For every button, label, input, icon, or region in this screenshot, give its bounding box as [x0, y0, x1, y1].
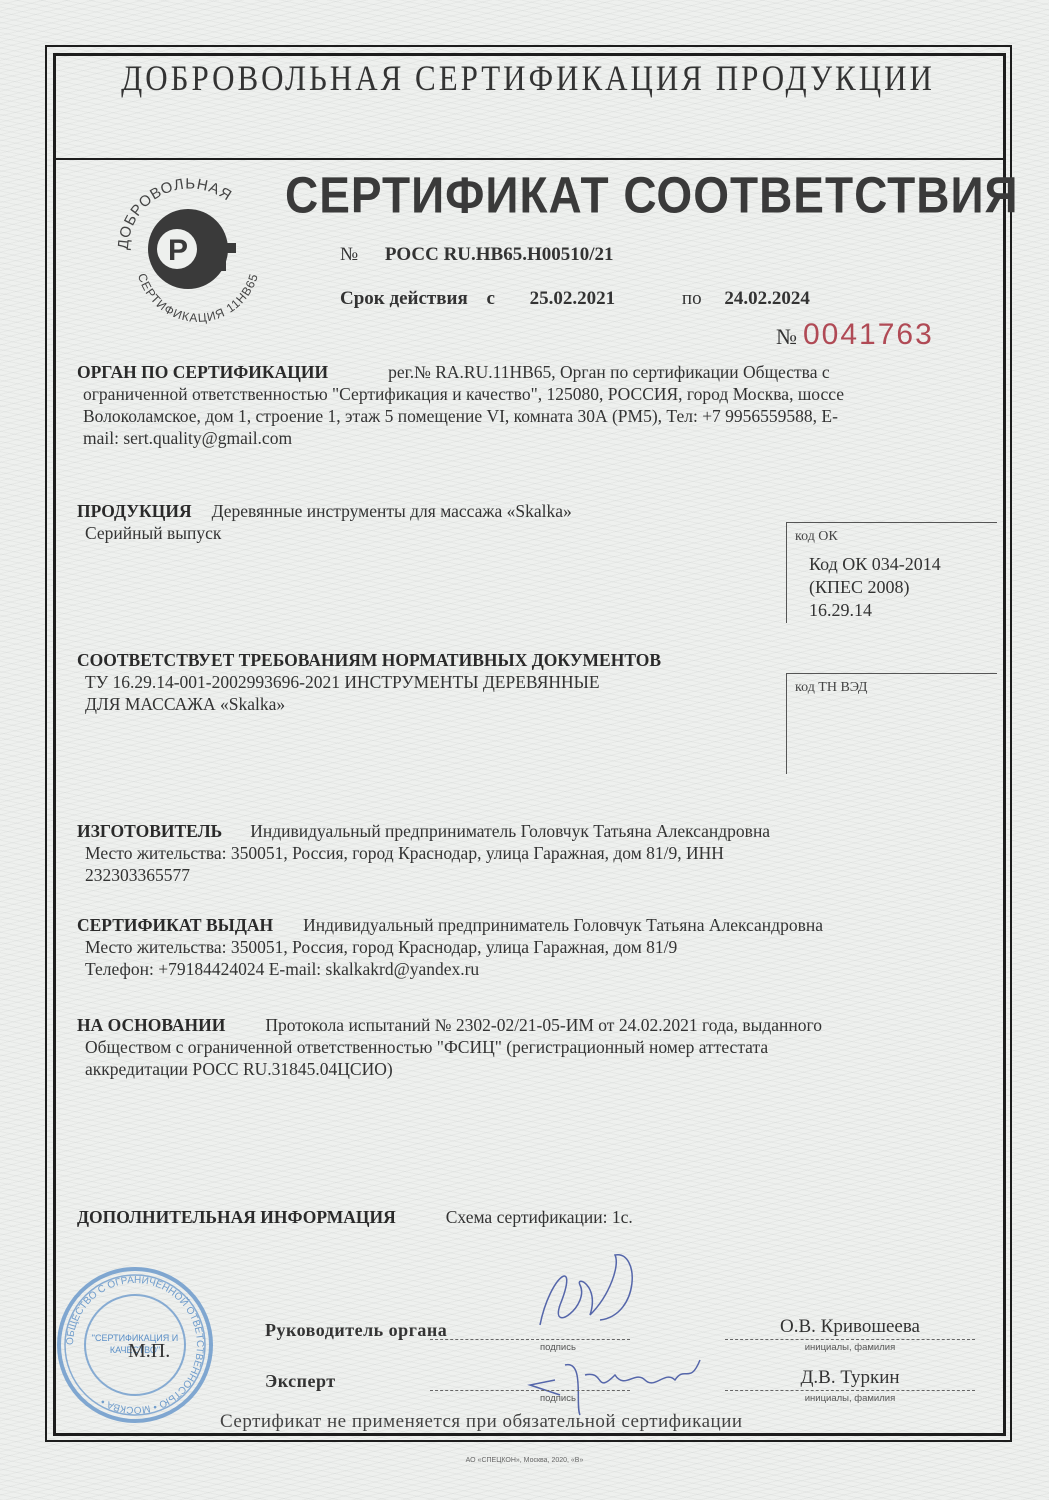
expert-signature-line	[430, 1390, 630, 1391]
expert-role: Эксперт	[265, 1371, 336, 1392]
head-of-body-role: Руководитель органа	[265, 1320, 447, 1341]
manufacturer-inn: 232303365577	[85, 864, 977, 886]
serial-number-row: №0041763	[776, 318, 934, 352]
validity-from-label: с	[486, 288, 494, 310]
ok-code-caption: код ОК	[795, 529, 997, 545]
product-name: Деревянные инструменты для массажа «Skal…	[212, 501, 572, 521]
tn-ved-code-caption: код ТН ВЭД	[795, 680, 997, 696]
basis-issuer: Обществом с ограниченной ответственность…	[85, 1036, 1007, 1058]
printer-imprint: АО «СПЕЦКОН», Москва, 2020, «В»	[0, 1457, 1049, 1464]
certification-body-line: Волоколамское, дом 1, строение 1, этаж 5…	[83, 405, 957, 427]
certification-body-first-line: рег.№ RA.RU.11НВ65, Орган по сертификаци…	[388, 362, 830, 382]
expert-name-caption: инициалы, фамилия	[730, 1393, 970, 1404]
validity-from-date: 25.02.2021	[530, 288, 616, 310]
issued-to-label: СЕРТИФИКАТ ВЫДАН	[77, 915, 273, 935]
head-of-body-name: О.В. Кривошеева	[730, 1316, 970, 1338]
validity-label: Срок действия	[340, 288, 468, 310]
voluntary-certification-heading: ДОБРОВОЛЬНАЯ СЕРТИФИКАЦИЯ ПРОДУКЦИИ	[56, 58, 1000, 99]
registration-number-row: № РОСС RU.НВ65.Н00510/21	[340, 244, 614, 266]
ok-code-value: Код ОК 034-2014	[809, 553, 997, 576]
basis-accreditation: аккредитации РОСС RU.31845.04ЦСИО)	[85, 1058, 1007, 1080]
manufacturer-name: Индивидуальный предприниматель Головчук …	[250, 821, 770, 841]
ok-code-box: код ОК Код ОК 034-2014 (КПЕС 2008) 16.29…	[786, 522, 997, 623]
head-name-caption: инициалы, фамилия	[730, 1342, 970, 1353]
basis-section: НА ОСНОВАНИИПротокола испытаний № 2302-0…	[77, 1014, 1007, 1080]
issued-to-section: СЕРТИФИКАТ ВЫДАНИндивидуальный предприни…	[77, 914, 1007, 980]
tn-ved-code-box: код ТН ВЭД	[786, 673, 997, 774]
serial-number: 0041763	[803, 318, 934, 351]
conformity-standard: ДЛЯ МАССАЖА «Skalka»	[85, 693, 797, 715]
head-signature-scribble	[520, 1245, 660, 1345]
conformity-label: СООТВЕТСТВУЕТ ТРЕБОВАНИЯМ НОРМАТИВНЫХ ДО…	[77, 650, 797, 671]
expert-name: Д.В. Туркин	[730, 1367, 970, 1389]
head-name-line	[725, 1339, 975, 1340]
manufacturer-section: ИЗГОТОВИТЕЛЬИндивидуальный предпринимате…	[77, 820, 977, 886]
svg-text:Р: Р	[168, 234, 188, 267]
validity-to-label: по	[682, 288, 702, 310]
expert-name-line	[725, 1390, 975, 1391]
product-label: ПРОДУКЦИЯ	[77, 501, 192, 521]
issued-to-name: Индивидуальный предприниматель Головчук …	[303, 915, 823, 935]
validity-period-row: Срок действия с 25.02.2021 по 24.02.2024	[340, 288, 810, 310]
rst-voluntary-certification-logo-icon: ДОБРОВОЛЬНАЯ СЕРТИФИКАЦИЯ 11НВ65 Р	[108, 165, 268, 325]
certification-body-line: ограниченной ответственностью "Сертифика…	[83, 383, 957, 405]
certification-scheme: Схема сертификации: 1с.	[446, 1207, 633, 1227]
manufacturer-label: ИЗГОТОВИТЕЛЬ	[77, 821, 222, 841]
serial-sign: №	[776, 324, 797, 349]
manufacturer-address: Место жительства: 350051, Россия, город …	[85, 842, 977, 864]
certification-body-label: ОРГАН ПО СЕРТИФИКАЦИИ	[77, 362, 328, 382]
head-signature-line	[430, 1339, 630, 1340]
ok-code-value: (КПЕС 2008)	[809, 576, 997, 599]
conformity-section: СООТВЕТСТВУЕТ ТРЕБОВАНИЯМ НОРМАТИВНЫХ ДО…	[77, 650, 797, 715]
product-section: ПРОДУКЦИЯДеревянные инструменты для масс…	[77, 500, 777, 544]
header-divider	[53, 158, 1003, 160]
issued-to-contacts: Телефон: +79184424024 E-mail: skalkakrd@…	[85, 958, 1007, 980]
certification-body-section: ОРГАН ПО СЕРТИФИКАЦИИрег.№ RA.RU.11НВ65,…	[77, 361, 957, 449]
basis-protocol: Протокола испытаний № 2302-02/21-05-ИМ о…	[265, 1015, 822, 1035]
issued-to-address: Место жительства: 350051, Россия, город …	[85, 936, 1007, 958]
registration-number: РОСС RU.НВ65.Н00510/21	[385, 244, 614, 265]
certification-body-email: mail: sert.quality@gmail.com	[83, 427, 957, 449]
stamp-placeholder-label: М.П.	[128, 1340, 170, 1363]
additional-info-label: ДОПОЛНИТЕЛЬНАЯ ИНФОРМАЦИЯ	[77, 1207, 396, 1227]
ok-code-value: 16.29.14	[809, 599, 997, 622]
certificate-main-title: СЕРТИФИКАТ СООТВЕТСТВИЯ	[285, 165, 1019, 224]
product-production-type: Серийный выпуск	[85, 522, 777, 544]
validity-to-date: 24.02.2024	[724, 288, 810, 310]
non-mandatory-certification-note: Сертификат не применяется при обязательн…	[220, 1411, 743, 1433]
conformity-standard: ТУ 16.29.14-001-2002993696-2021 ИНСТРУМЕ…	[85, 671, 797, 693]
number-sign: №	[340, 244, 358, 265]
expert-signature-caption: подпись	[540, 1393, 576, 1404]
additional-info-section: ДОПОЛНИТЕЛЬНАЯ ИНФОРМАЦИЯ Схема сертифик…	[77, 1206, 977, 1228]
basis-label: НА ОСНОВАНИИ	[77, 1015, 225, 1035]
